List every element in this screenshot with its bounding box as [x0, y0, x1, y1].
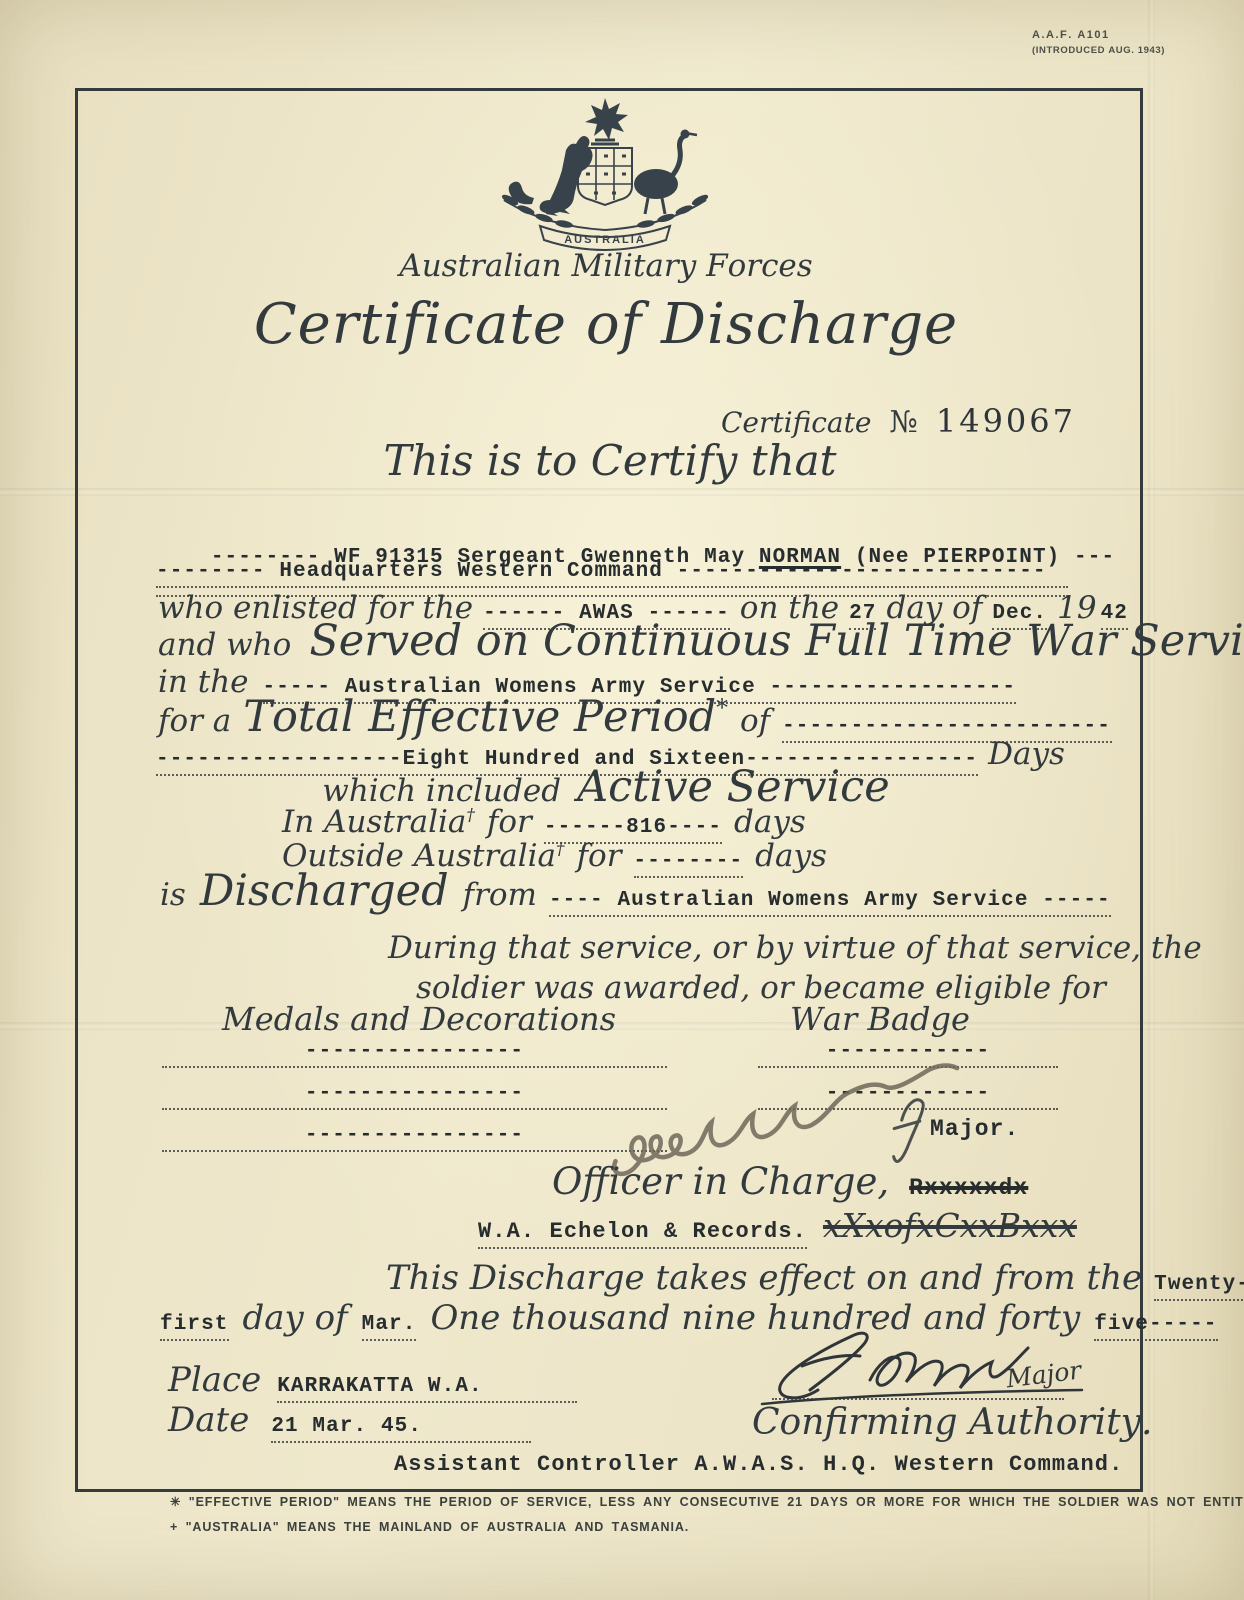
war-badge-header: War Badge — [790, 1000, 970, 1038]
certificate-label: Certificate — [721, 406, 871, 439]
crossed-out-text: Rxxxxxdx — [909, 1175, 1028, 1201]
footnote-australia: + "AUSTRALIA" MEANS THE MAINLAND OF AUST… — [170, 1520, 689, 1534]
asterisk-mark: * — [716, 694, 728, 722]
fold-crease-vertical — [1148, 0, 1155, 1600]
officer-rank: Major. — [930, 1116, 1019, 1142]
crossed-out-text: xXxofxCxxBxxx — [823, 1206, 1077, 1245]
numero-symbol: № — [889, 405, 917, 440]
certificate-number: 149067 — [936, 402, 1076, 440]
kangaroo — [509, 136, 593, 216]
discharge-certificate-page: A.A.F. A101 (INTRODUCED AUG. 1943) — [0, 0, 1244, 1600]
form-number-block: A.A.F. A101 (INTRODUCED AUG. 1943) — [1032, 28, 1165, 58]
unit-field: -------- Headquarters Western Command --… — [156, 560, 1068, 588]
coat-of-arms-icon: AUSTRALIA — [470, 96, 740, 258]
effect-day-word-field: Twenty- — [1154, 1273, 1244, 1301]
medals-entry: ---------------- — [162, 1124, 667, 1152]
confirming-authority-label: Confirming Authority. — [752, 1402, 1152, 1443]
form-introduced: (INTRODUCED AUG. 1943) — [1032, 43, 1165, 58]
medals-header: Medals and Decorations — [222, 1000, 616, 1038]
form-number: A.A.F. A101 — [1032, 28, 1165, 43]
discharged-from-field: ---- Australian Womens Army Service ----… — [549, 889, 1111, 917]
footnote-effective-period: ✳ "EFFECTIVE PERIOD" MEANS THE PERIOD OF… — [170, 1494, 1244, 1509]
officer-in-charge-line: Officer in Charge, Rxxxxxdx — [552, 1160, 1028, 1203]
awarded-paragraph: During that service, or by virtue of tha… — [388, 928, 1202, 1008]
medals-entry: ---------------- — [162, 1040, 667, 1068]
place-field: KARRAKATTA W.A. — [277, 1375, 577, 1403]
org-title: Australian Military Forces — [76, 248, 1136, 284]
effect-month-field: Mar. — [362, 1313, 417, 1341]
echelon-records-line: W.A. Echelon & Records. xXxofxCxxBxxx — [478, 1206, 1077, 1249]
date-line: Date 21 Mar. 45. — [168, 1400, 531, 1443]
page-title: Certificate of Discharge — [76, 292, 1136, 357]
effect-line-1: This Discharge takes effect on and from … — [386, 1258, 1244, 1301]
effect-year-field: five----- — [1094, 1313, 1217, 1341]
discharged-line: is Discharged from ---- Australian Women… — [160, 866, 1111, 917]
certificate-number-row: Certificate № 149067 — [76, 402, 1076, 440]
confirming-signature-rule — [772, 1372, 1064, 1400]
dagger-mark: † — [466, 806, 475, 826]
date-field: 21 Mar. 45. — [271, 1415, 531, 1443]
certify-heading: This is to Certify that — [30, 436, 1190, 485]
assistant-controller-line: Assistant Controller A.W.A.S. H.Q. Weste… — [394, 1452, 1123, 1477]
svg-text:AUSTRALIA: AUSTRALIA — [564, 234, 646, 246]
emu — [634, 130, 697, 215]
dagger-mark: † — [556, 840, 565, 860]
commonwealth-star — [585, 98, 628, 140]
served-line: and who Served on Continuous Full Time W… — [158, 616, 1244, 666]
place-line: Place KARRAKATTA W.A. — [168, 1360, 577, 1403]
medals-entry: ---------------- — [162, 1082, 667, 1110]
